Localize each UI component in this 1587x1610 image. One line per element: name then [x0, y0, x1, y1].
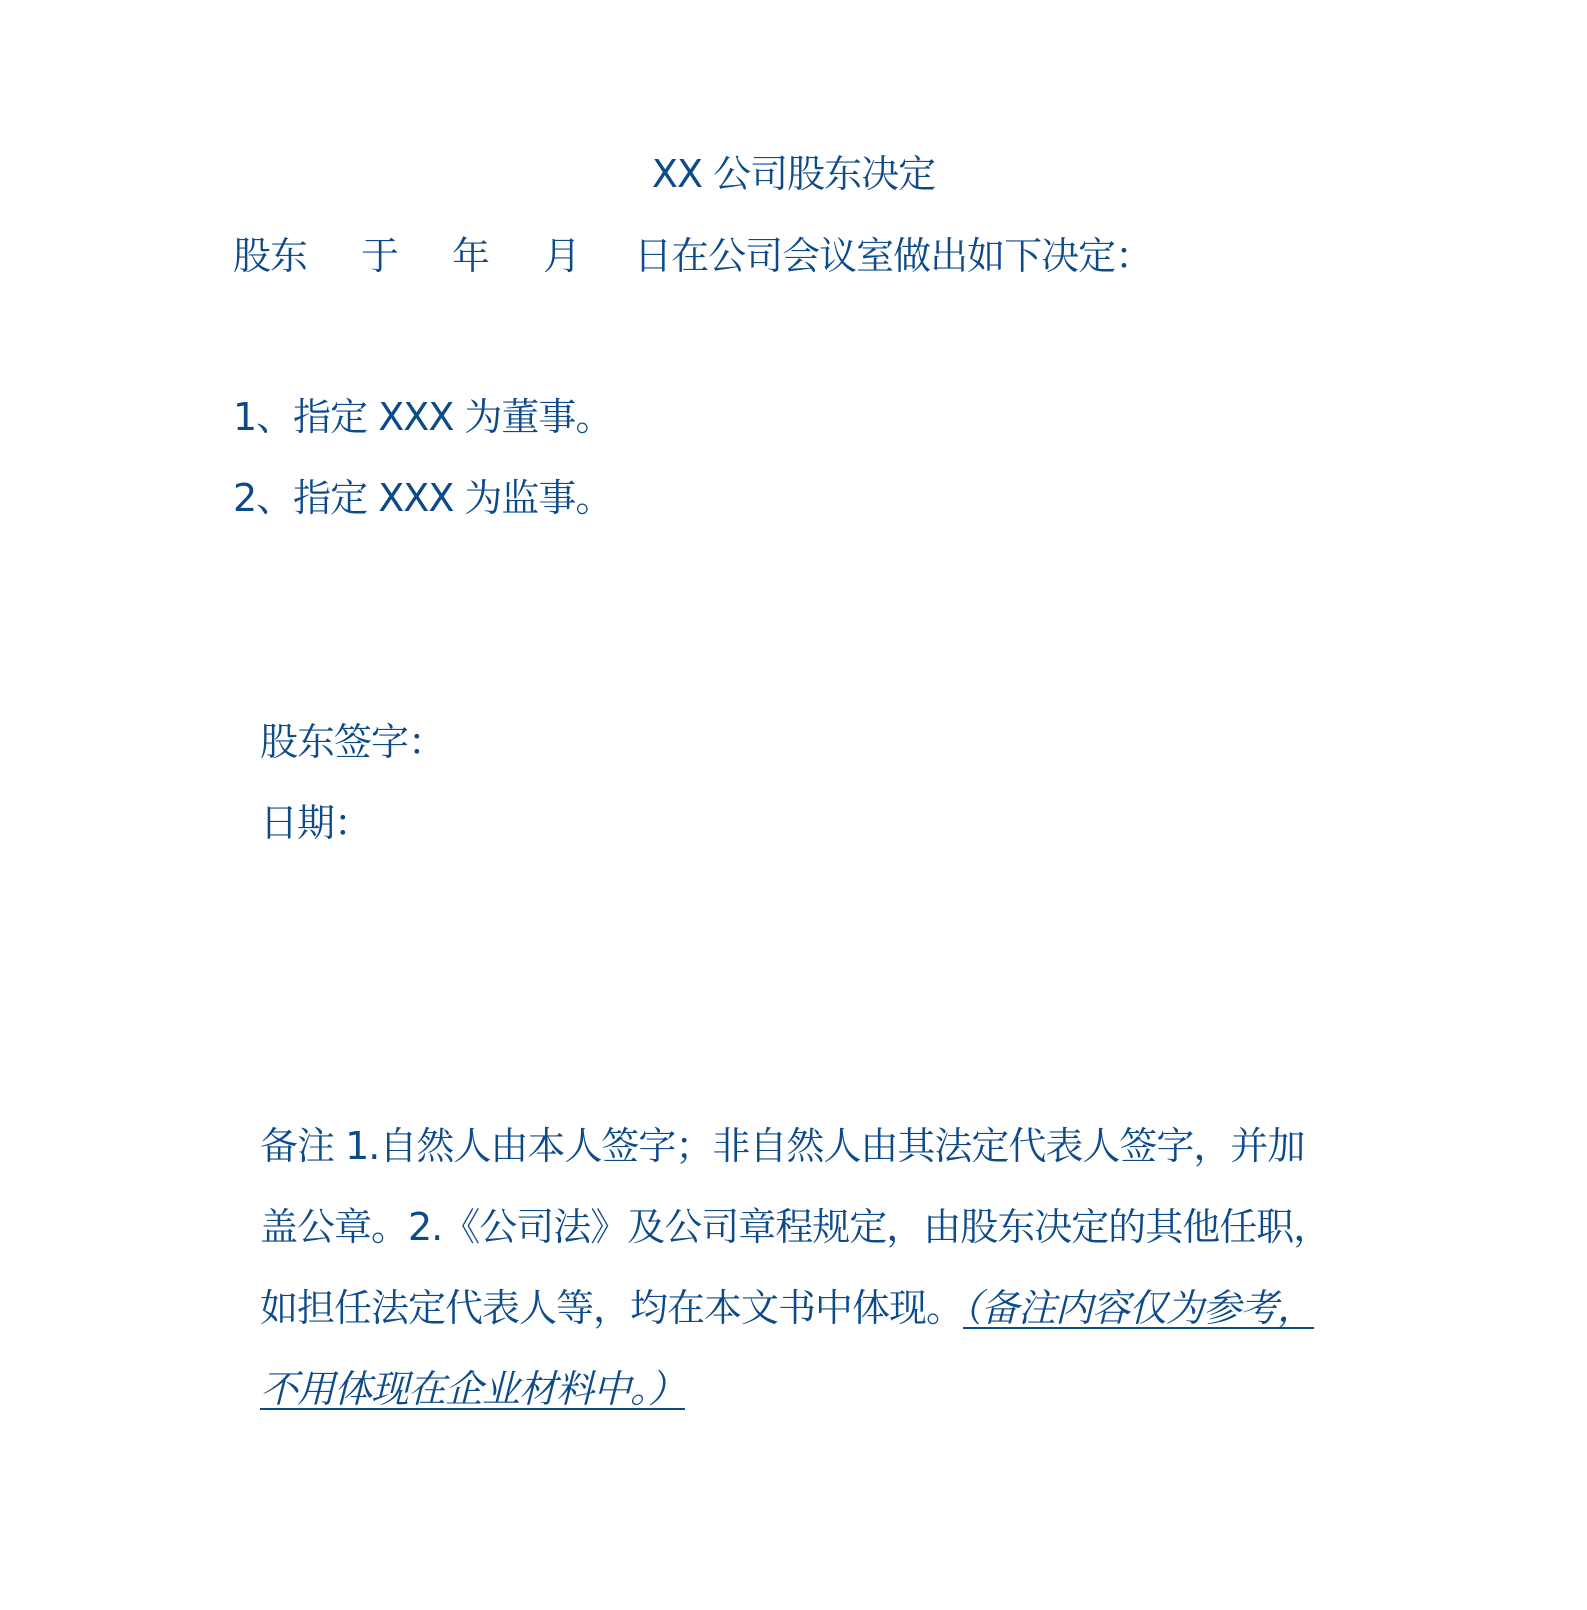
remark-line-1: 备注 1.自然人由本人签字；非自然人由其法定代表人签字，并加	[260, 1122, 1304, 1170]
meeting-year: 年	[452, 234, 489, 278]
remark-line-4: 不用体现在企业材料中。）	[260, 1365, 685, 1413]
remark-line-2: 盖公章。2.《公司法》及公司章程规定，由股东决定的其他任职，	[260, 1203, 1330, 1251]
meeting-rest: 日在公司会议室做出如下决定：	[634, 234, 1152, 278]
meeting-statement: 股东于年月日在公司会议室做出如下决定：	[233, 232, 1152, 280]
signature-label: 股东签字：	[260, 718, 445, 766]
document-title: XX 公司股东决定	[0, 150, 1587, 198]
reference-note-part-1: （备注内容仅为参考，	[963, 1286, 1314, 1330]
reference-note-part-2: 不用体现在企业材料中。）	[260, 1367, 685, 1411]
decision-item-supervisor: 2、指定 XXX 为监事。	[233, 474, 612, 522]
meeting-month: 月	[543, 234, 580, 278]
meeting-on: 于	[361, 234, 398, 278]
remark-line-3: 如担任法定代表人等，均在本文书中体现。（备注内容仅为参考，	[260, 1284, 1314, 1332]
meeting-shareholder: 股东	[233, 234, 307, 278]
date-label: 日期：	[260, 799, 371, 847]
remark-line-3-text: 如担任法定代表人等，均在本文书中体现。	[260, 1286, 963, 1330]
decision-item-director: 1、指定 XXX 为董事。	[233, 393, 612, 441]
